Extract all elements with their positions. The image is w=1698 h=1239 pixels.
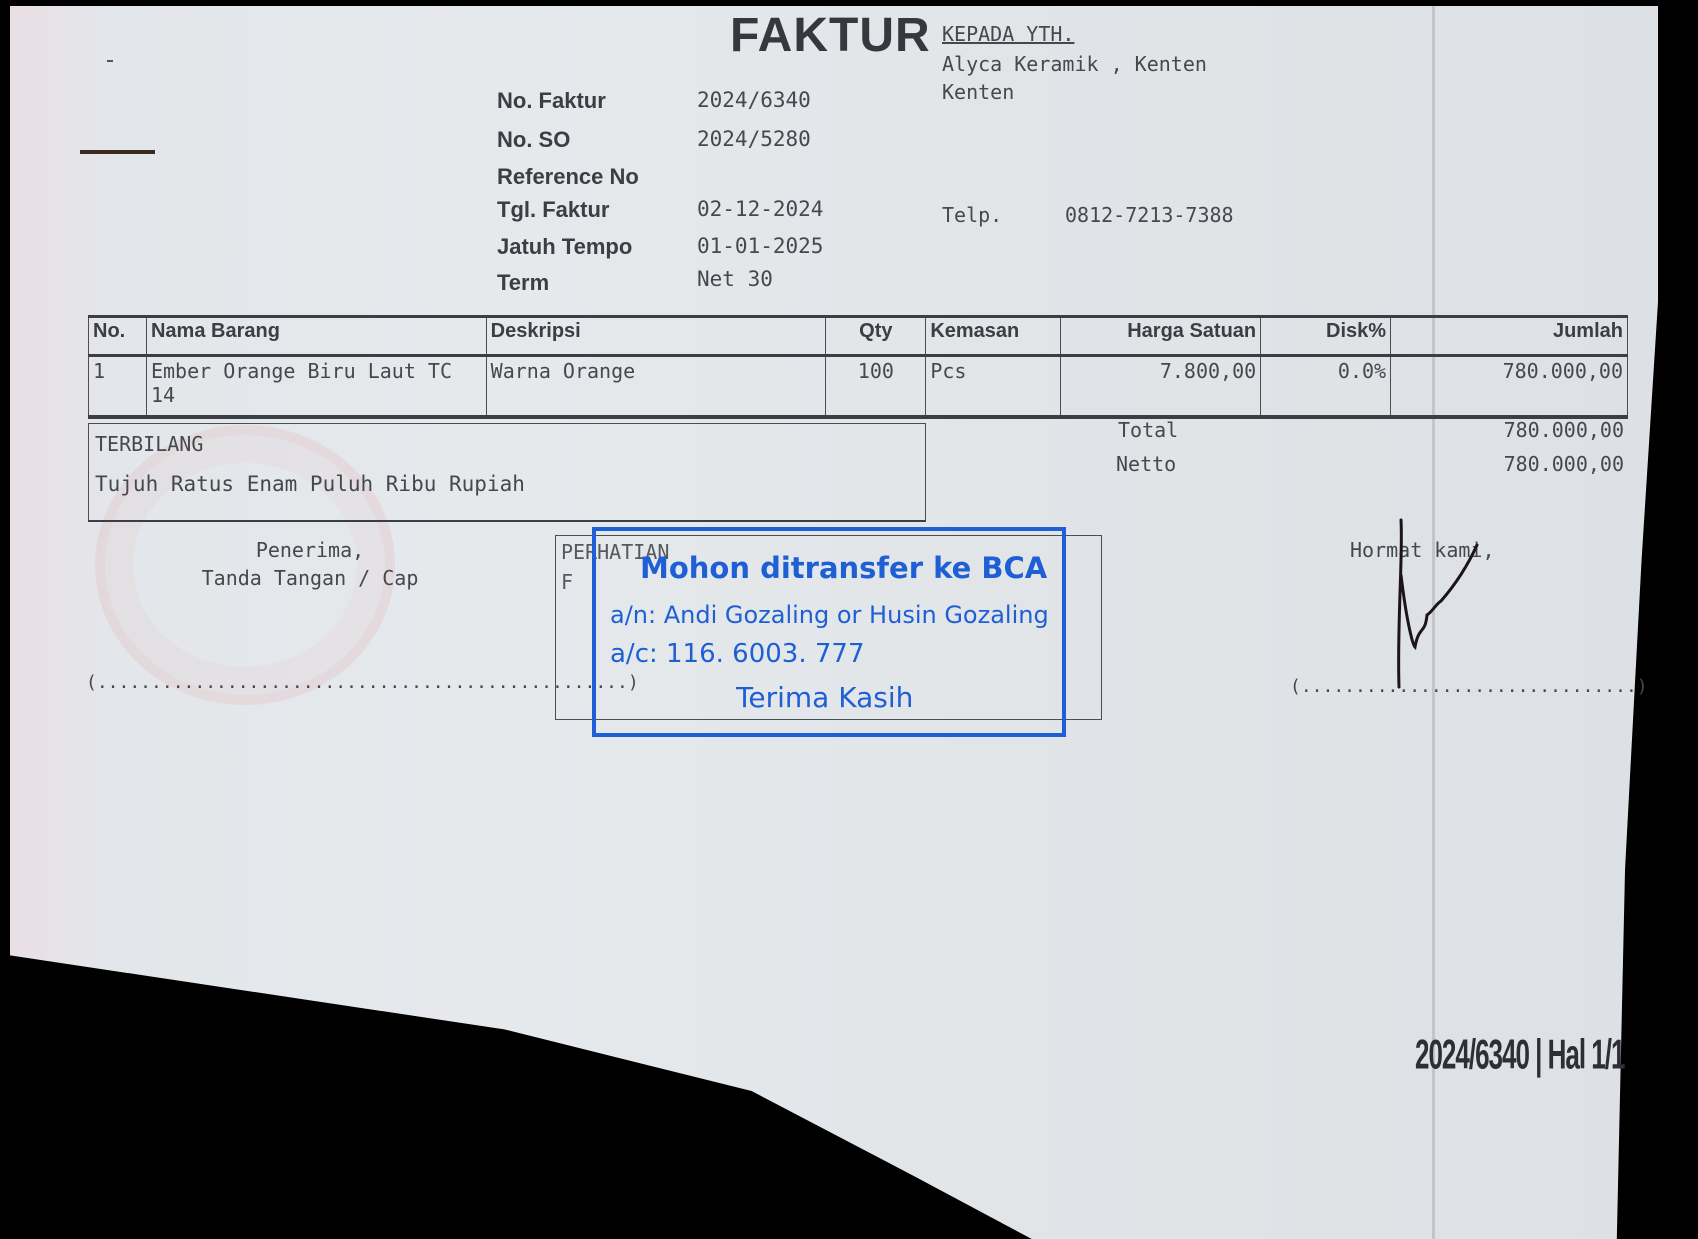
recipient-heading: KEPADA YTH. xyxy=(942,22,1074,46)
col-header-deskripsi: Deskripsi xyxy=(486,317,826,356)
cell-kemasan: Pcs xyxy=(926,356,1061,418)
receiver-sublabel: Tanda Tangan / Cap xyxy=(140,564,480,592)
total-value: 780.000,00 xyxy=(1384,418,1624,442)
meta-value-no-faktur: 2024/6340 xyxy=(697,88,811,112)
ink-mark xyxy=(107,60,113,62)
col-header-disk: Disk% xyxy=(1261,317,1391,356)
meta-label-reference-no: Reference No xyxy=(497,164,639,190)
col-header-jumlah: Jumlah xyxy=(1391,317,1628,356)
stamp-account-number: a/c: 116. 6003. 777 xyxy=(610,639,865,669)
col-header-nama-barang: Nama Barang xyxy=(146,317,486,356)
cell-disk: 0.0% xyxy=(1261,356,1391,418)
recipient-phone: 0812-7213-7388 xyxy=(1065,203,1234,227)
col-header-kemasan: Kemasan xyxy=(926,317,1061,356)
cell-no: 1 xyxy=(89,356,147,418)
terbilang-label: TERBILANG xyxy=(95,432,203,456)
terbilang-value: Tujuh Ratus Enam Puluh Ribu Rupiah xyxy=(95,472,525,496)
ink-mark xyxy=(80,150,155,154)
receiver-signature-block: Penerima, Tanda Tangan / Cap xyxy=(140,536,480,592)
meta-value-no-so: 2024/5280 xyxy=(697,127,811,151)
receiver-label: Penerima, xyxy=(140,536,480,564)
cell-harga-satuan: 7.800,00 xyxy=(1061,356,1261,418)
col-header-no: No. xyxy=(89,317,147,356)
terbilang-box: TERBILANG Tujuh Ratus Enam Puluh Ribu Ru… xyxy=(88,423,926,522)
cell-jumlah: 780.000,00 xyxy=(1391,356,1628,418)
items-table: No. Nama Barang Deskripsi Qty Kemasan Ha… xyxy=(88,315,1628,419)
cell-qty: 100 xyxy=(826,356,926,418)
sender-signature-line: (...............................) xyxy=(1290,676,1648,697)
recipient-city: Kenten xyxy=(942,80,1014,104)
meta-value-term: Net 30 xyxy=(697,267,773,291)
meta-label-term: Term xyxy=(497,270,549,296)
handwritten-signature-icon xyxy=(1385,515,1505,695)
table-header-row: No. Nama Barang Deskripsi Qty Kemasan Ha… xyxy=(89,317,1628,356)
meta-label-tgl-faktur: Tgl. Faktur xyxy=(497,197,609,223)
col-header-harga-satuan: Harga Satuan xyxy=(1061,317,1261,356)
stamp-account-name: a/n: Andi Gozaling or Husin Gozaling xyxy=(610,601,1049,629)
document-title: FAKTUR xyxy=(730,8,931,63)
bank-transfer-stamp: Mohon ditransfer ke BCA a/n: Andi Gozali… xyxy=(592,527,1066,737)
meta-label-no-so: No. SO xyxy=(497,127,570,153)
netto-label: Netto xyxy=(1116,452,1176,476)
cell-deskripsi: Warna Orange xyxy=(486,356,826,418)
perhatian-note: F xyxy=(561,570,573,594)
netto-value: 780.000,00 xyxy=(1384,452,1624,476)
col-header-qty: Qty xyxy=(826,317,926,356)
stamp-thanks: Terima Kasih xyxy=(736,681,913,714)
page-footer-code: 2024/6340 | Hal 1/1 xyxy=(1415,1030,1624,1080)
meta-value-tgl-faktur: 02-12-2024 xyxy=(697,197,823,221)
total-label: Total xyxy=(1118,418,1178,442)
meta-value-jatuh-tempo: 01-01-2025 xyxy=(697,234,823,258)
recipient-name: Alyca Keramik , Kenten xyxy=(942,52,1207,76)
recipient-phone-label: Telp. xyxy=(942,203,1002,227)
table-row: 1 Ember Orange Biru Laut TC 14 Warna Ora… xyxy=(89,356,1628,418)
stamp-heading: Mohon ditransfer ke BCA xyxy=(640,551,1047,585)
meta-label-no-faktur: No. Faktur xyxy=(497,88,606,114)
meta-label-jatuh-tempo: Jatuh Tempo xyxy=(497,234,632,260)
cell-nama-barang: Ember Orange Biru Laut TC 14 xyxy=(146,356,486,418)
